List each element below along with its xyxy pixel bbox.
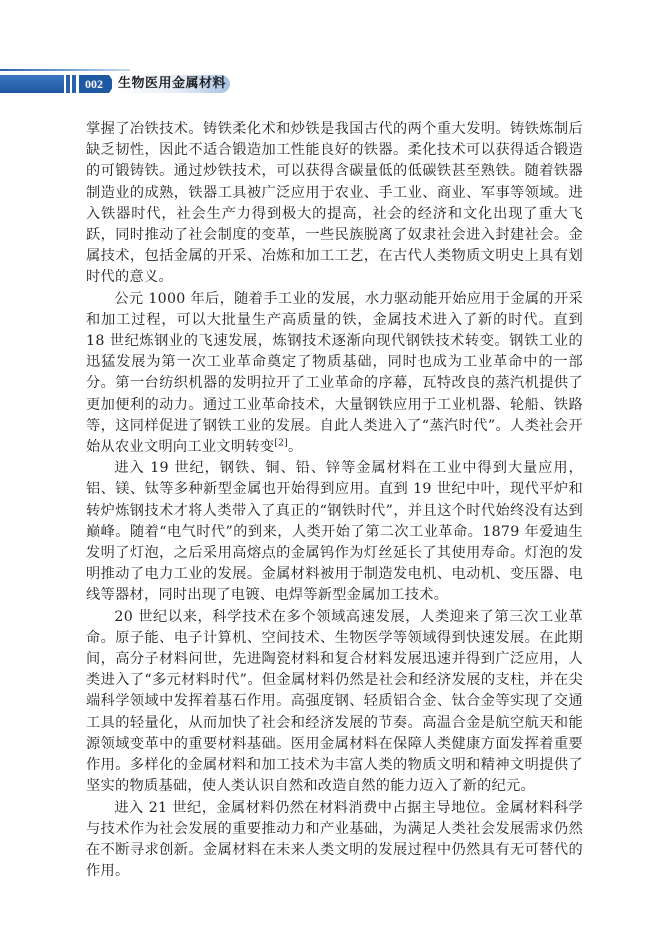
paragraph: 进入 21 世纪，金属材料仍然在材料消费中占据主导地位。金属材料科学与技术作为社… [86,798,583,883]
paragraph-text: 。 [288,439,303,455]
paragraph: 公元 1000 年后，随着手工业的发展，水力驱动能开始应用于金属的开采和加工过程… [86,289,583,459]
running-header: 002 生物医用金属材料 [0,66,661,98]
page-number: 002 [79,75,109,93]
citation-reference[interactable]: [2] [274,438,288,448]
header-stripe-decoration [66,75,70,93]
paragraph-text: 进入 19 世纪，钢铁、铜、铅、锌等金属材料在工业中得到大量应用，铝、镁、钛等多… [86,460,583,603]
paragraph: 20 世纪以来，科学技术在多个领域高速发展，人类迎来了第三次工业革命。原子能、电… [86,607,583,798]
paragraph: 进入 19 世纪，钢铁、铜、铅、锌等金属材料在工业中得到大量应用，铝、镁、钛等多… [86,458,583,606]
body-text: 掌握了冶铁技术。铸铁柔化术和炒铁是我国古代的两个重大发明。铸铁炼制后缺乏韧性，因… [86,119,583,882]
header-rule [0,69,130,71]
header-bar-decoration [0,75,64,93]
paragraph-text: 掌握了冶铁技术。铸铁柔化术和炒铁是我国古代的两个重大发明。铸铁炼制后缺乏韧性，因… [86,121,583,285]
paragraph-text: 20 世纪以来，科学技术在多个领域高速发展，人类迎来了第三次工业革命。原子能、电… [86,609,583,795]
paragraph-text: 进入 21 世纪，金属材料仍然在材料消费中占据主导地位。金属材料科学与技术作为社… [86,800,583,880]
header-stripe-decoration [72,75,76,93]
paragraph: 掌握了冶铁技术。铸铁柔化术和炒铁是我国古代的两个重大发明。铸铁炼制后缺乏韧性，因… [86,119,583,289]
paragraph-text: 公元 1000 年后，随着手工业的发展，水力驱动能开始应用于金属的开采和加工过程… [86,291,583,455]
book-title: 生物医用金属材料 [118,75,226,93]
